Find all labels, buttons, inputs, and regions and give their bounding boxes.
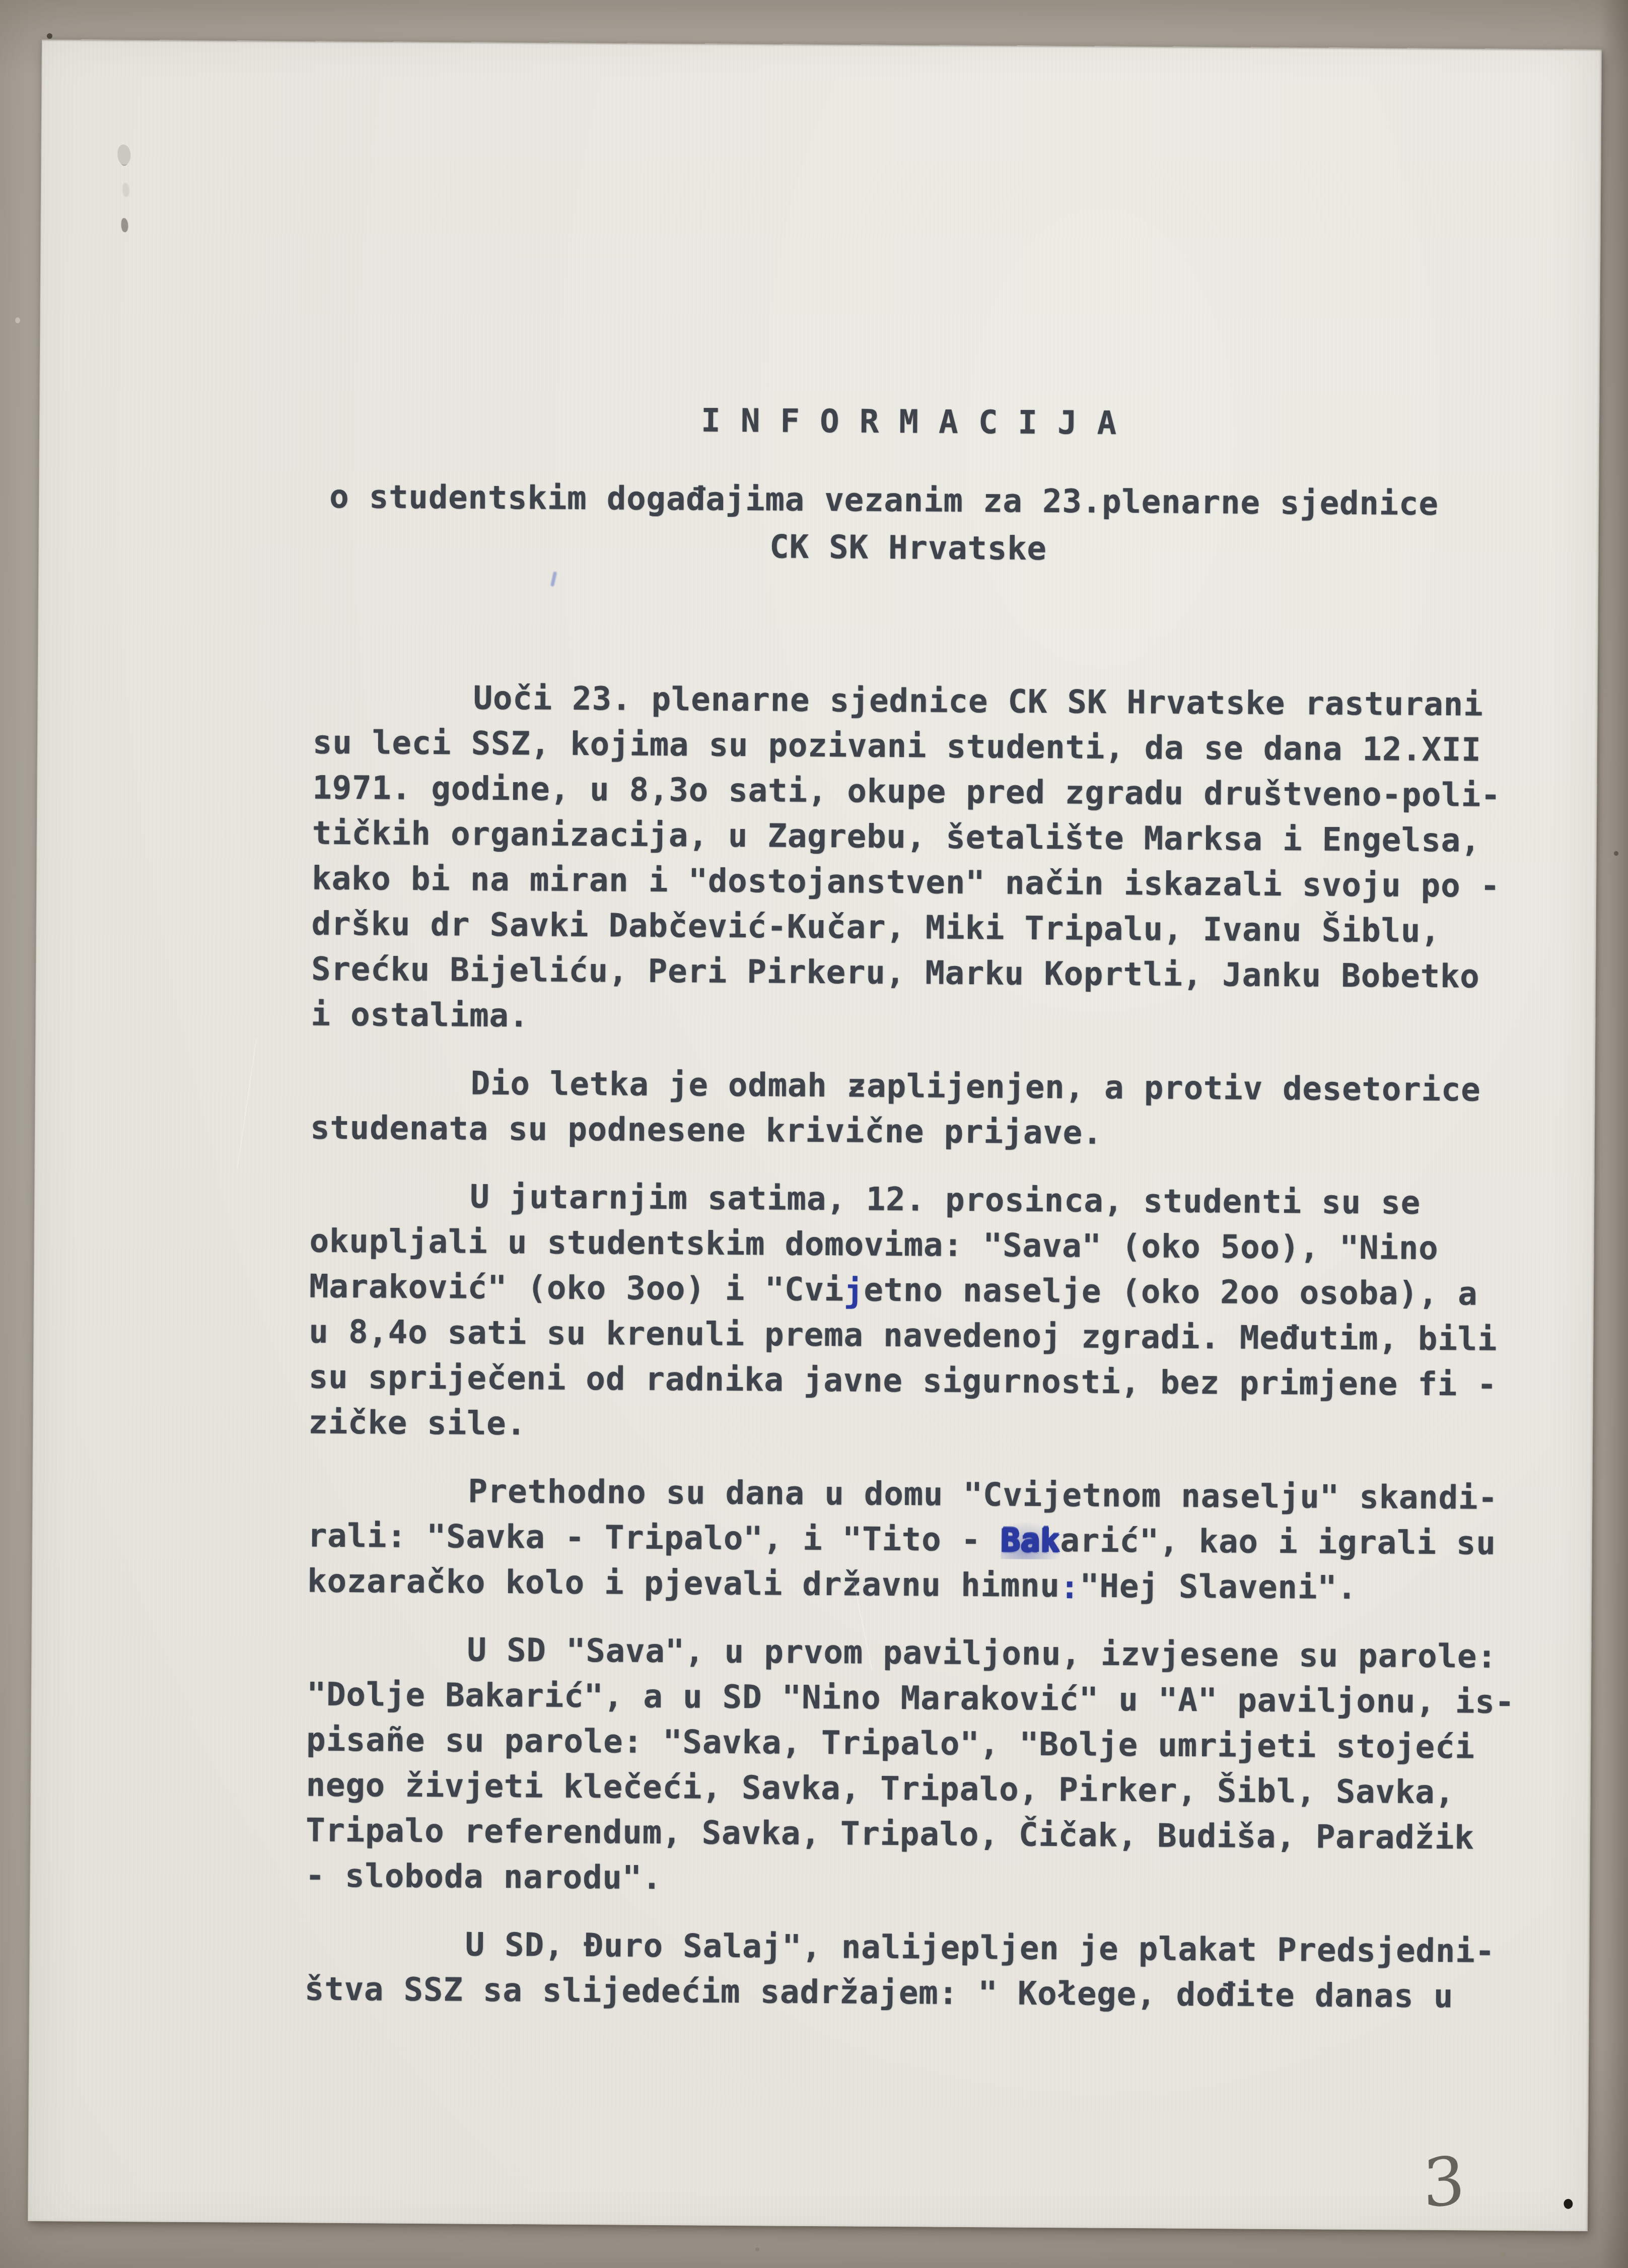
typewritten-text: su spriječeni od radnika javne sigurnost… bbox=[309, 1358, 1497, 1403]
body-line: U SD, Đuro Salaj", nalijepljen je plakat… bbox=[305, 1921, 1564, 1974]
paragraph: U jutarnjim satima, 12. prosinca, studen… bbox=[308, 1173, 1569, 1453]
blue-ink-annotation: j bbox=[844, 1269, 864, 1314]
typewritten-text: kako bi na miran i "dostojanstven" način… bbox=[312, 860, 1500, 905]
typewritten-text: Uoči 23. plenarne sjednice CK SK Hrvatsk… bbox=[473, 680, 1483, 724]
document-title: I N F O R M A C I J A bbox=[315, 400, 1503, 445]
typewritten-text: "Dolje Bakarić", a u SD "Nino Maraković"… bbox=[307, 1676, 1515, 1721]
body-line: zičke sile. bbox=[308, 1400, 1568, 1453]
cardboard-speck bbox=[15, 317, 20, 323]
typewritten-text: studenata su podnesene krivične prijave. bbox=[310, 1109, 1103, 1151]
typewritten-text: dršku dr Savki Dabčević-Kučar, Miki Trip… bbox=[311, 905, 1440, 949]
paragraph: Dio letka je odmah ƶaplijenjen, a protiv… bbox=[310, 1060, 1570, 1158]
typewritten-text: Prethodno su dana u domu "Cvijetnom nase… bbox=[468, 1473, 1498, 1517]
paper-damage-spot bbox=[117, 145, 130, 165]
paper-edge-dot bbox=[1564, 2199, 1573, 2209]
body-line: studenata su podnesene krivične prijave. bbox=[310, 1105, 1570, 1158]
typewritten-text: u 8,4o sati su krenuli prema navedenoj z… bbox=[309, 1313, 1497, 1358]
document-subtitle-line2: CK SK Hrvatske bbox=[314, 526, 1502, 571]
body-line: Tripalo referendum, Savka, Tripalo, Čiča… bbox=[306, 1808, 1565, 1861]
typewritten-text: tičkih organizacija, u Zagrebu, šetališt… bbox=[312, 815, 1481, 860]
scanned-photo-background: I N F O R M A C I J A o studentskim doga… bbox=[0, 0, 1628, 2268]
document-subtitle: o studentskim događajima vezanim za 23.p… bbox=[329, 478, 1439, 523]
body-line: su spriječeni od radnika javne sigurnost… bbox=[309, 1354, 1568, 1408]
paragraph: U SD, Đuro Salaj", nalijepljen je plakat… bbox=[305, 1921, 1564, 2020]
typewritten-text: Tripalo referendum, Savka, Tripalo, Čiča… bbox=[306, 1812, 1474, 1857]
paragraph: Prethodno su dana u domu "Cvijetnom nase… bbox=[307, 1468, 1567, 1612]
paragraph: Uoči 23. plenarne sjednice CK SK Hrvatsk… bbox=[311, 675, 1572, 1046]
body-line: kako bi na miran i "dostojanstven" način… bbox=[312, 856, 1571, 909]
typewritten-text: Srećku Bijeliću, Peri Pirkeru, Marku Kop… bbox=[311, 950, 1480, 995]
body-line: i ostalima. bbox=[311, 992, 1570, 1045]
body-line: nego živjeti klečeći, Savka, Tripalo, Pi… bbox=[306, 1762, 1565, 1816]
typewritten-text: "Hej Slaveni". bbox=[1080, 1567, 1357, 1607]
cardboard-speck bbox=[755, 2247, 759, 2251]
typewritten-text: štva SSZ sa slijedećim sadržajem: " Kołe… bbox=[305, 1970, 1454, 2015]
body-line: 1971. godine, u 8,3o sati, okupe pred zg… bbox=[312, 766, 1572, 819]
typewritten-text: Dio letka je odmah ƶaplijenjen, a protiv… bbox=[470, 1065, 1480, 1109]
typewritten-text: okupljali u studentskim domovima: "Sava"… bbox=[309, 1222, 1438, 1267]
body-line: kozaračko kolo i pjevali državnu himnu:"… bbox=[307, 1558, 1567, 1612]
typewritten-text: su leci SSZ, kojima su pozivani studenti… bbox=[313, 724, 1481, 769]
body-line: rali: "Savka - Tripalo", i "Tito - Bakar… bbox=[308, 1513, 1567, 1566]
typewritten-text: Maraković" (oko 3oo) i "Cvi bbox=[309, 1268, 844, 1309]
blue-ink-annotation: Bak bbox=[1001, 1522, 1060, 1559]
typewritten-text: U jutarnjim satima, 12. prosinca, studen… bbox=[470, 1179, 1421, 1222]
body-line: štva SSZ sa slijedećim sadržajem: " Kołe… bbox=[305, 1966, 1564, 2020]
paper-scratch bbox=[237, 1039, 257, 1169]
typewritten-text: rali: "Savka - Tripalo", i "Tito - bbox=[308, 1517, 1001, 1559]
typewritten-text: U SD, Đuro Salaj", nalijepljen je plakat… bbox=[465, 1927, 1495, 1970]
blue-ink-annotation: : bbox=[1059, 1565, 1080, 1610]
blue-ink-speck bbox=[550, 571, 557, 587]
cardboard-speck bbox=[1614, 851, 1618, 856]
body-line: - sloboda narodu". bbox=[305, 1853, 1565, 1906]
body-line: tičkih organizacija, u Zagrebu, šetališt… bbox=[312, 811, 1572, 864]
handwritten-page-number: 3 bbox=[1422, 2142, 1466, 2224]
body-line: "Dolje Bakarić", a u SD "Nino Maraković"… bbox=[306, 1672, 1566, 1725]
body-line: u 8,4o sati su krenuli prema navedenoj z… bbox=[309, 1309, 1568, 1362]
typewritten-text: i ostalima. bbox=[311, 996, 529, 1035]
body-line: pisañe su parole: "Savka, Tripalo", "Bol… bbox=[306, 1717, 1566, 1770]
body-line: Maraković" (oko 3oo) i "Cvijetno naselje… bbox=[309, 1264, 1569, 1317]
typewritten-text: etno naselje (oko 2oo osoba), a bbox=[864, 1272, 1478, 1313]
typewritten-text: arić", kao i igrali su bbox=[1060, 1522, 1496, 1562]
body-line: Uoči 23. plenarne sjednice CK SK Hrvatsk… bbox=[313, 675, 1572, 728]
typewritten-text: pisañe su parole: "Savka, Tripalo", "Bol… bbox=[306, 1721, 1475, 1766]
body-line: Srećku Bijeliću, Peri Pirkeru, Marku Kop… bbox=[311, 946, 1571, 1000]
typewritten-text: kozaračko kolo i pjevali državnu himnu bbox=[307, 1562, 1060, 1605]
typewritten-text: nego živjeti klečeći, Savka, Tripalo, Pi… bbox=[306, 1766, 1455, 1811]
typewritten-text: 1971. godine, u 8,3o sati, okupe pred zg… bbox=[312, 770, 1501, 814]
paragraph: U SD "Sava", u prvom paviljonu, izvjesen… bbox=[305, 1626, 1566, 1906]
body-line: su leci SSZ, kojima su pozivani studenti… bbox=[313, 720, 1572, 774]
cardboard-speck bbox=[1501, 2252, 1506, 2257]
cardboard-speck bbox=[47, 33, 52, 39]
body-line: U SD "Sava", u prvom paviljonu, izvjesen… bbox=[307, 1626, 1566, 1680]
body-line: Prethodno su dana u domu "Cvijetnom nase… bbox=[308, 1468, 1567, 1521]
body-line: okupljali u studentskim domovima: "Sava"… bbox=[309, 1218, 1569, 1272]
body-line: U jutarnjim satima, 12. prosinca, studen… bbox=[310, 1173, 1569, 1226]
body-paragraphs: Uoči 23. plenarne sjednice CK SK Hrvatsk… bbox=[304, 675, 1572, 2043]
document-page: I N F O R M A C I J A o studentskim doga… bbox=[28, 39, 1602, 2231]
body-line: Dio letka je odmah ƶaplijenjen, a protiv… bbox=[310, 1060, 1570, 1113]
typewritten-text: zičke sile. bbox=[308, 1404, 526, 1442]
body-line: dršku dr Savki Dabčević-Kučar, Miki Trip… bbox=[311, 901, 1571, 954]
typewritten-text: - sloboda narodu". bbox=[305, 1857, 662, 1897]
typewritten-text: U SD "Sava", u prvom paviljonu, izvjesen… bbox=[467, 1632, 1497, 1676]
